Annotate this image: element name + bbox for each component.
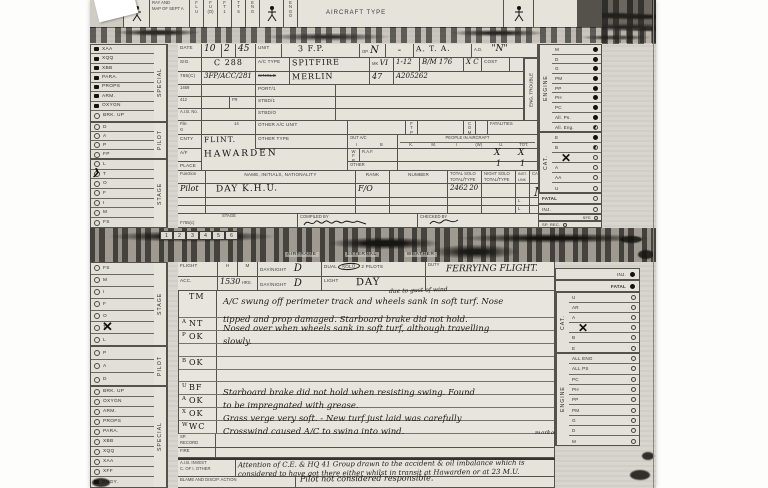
blank-cell	[448, 206, 482, 214]
row-marker-icon	[94, 210, 100, 216]
ref-1469-cell: 1469	[178, 85, 202, 97]
port-label: PORT/1	[258, 86, 276, 91]
row-compiled-checked: STAGE F765(c) COMPILED BY CHECKED BY	[178, 214, 548, 228]
cat-row-label: B	[572, 335, 575, 340]
cat-row-label: B	[555, 145, 558, 150]
engine-serial-value: A205262	[396, 72, 428, 80]
ata-value: A. T. A.	[416, 45, 451, 54]
letter-stack: F L U	[192, 1, 201, 14]
sfe-dot	[594, 216, 598, 220]
people-mark-tot: X	[518, 149, 524, 159]
special-row: OXYGN	[91, 397, 156, 407]
row-marker-icon	[94, 57, 99, 61]
row-marker-icon	[94, 220, 100, 226]
cnty-label: CNTY	[180, 136, 193, 141]
special-row-label: OXYGN	[102, 103, 121, 108]
narrative-code-cell: P OK	[179, 331, 217, 343]
engine-row: PC	[552, 103, 601, 113]
other-type-cell: OTHER TYPE	[256, 135, 348, 149]
stage-row-label: T	[103, 325, 106, 330]
pilot-group-label: PILOT	[154, 347, 167, 385]
stage-row: M	[91, 208, 156, 218]
sp-record-label: SP. RECORD	[180, 434, 198, 445]
row-crew-header: Function NAME, INITIALS, NATIONALITY RAN…	[178, 171, 548, 184]
blank-cell	[482, 206, 516, 214]
fatal-label: FATAL	[542, 196, 557, 201]
engine-row-label: ALL ENG	[572, 356, 593, 361]
mod-cell: 1-12	[394, 58, 420, 72]
row-marker-icon	[94, 200, 100, 206]
acc-label-cell: ACC.	[178, 277, 218, 291]
row-marker-icon	[94, 85, 99, 89]
scanned-accident-report-page: RAY ANDMAP OF SEPT A F L U F U (O) F T 1…	[0, 0, 768, 488]
header-letter-col: E N G	[246, 0, 260, 28]
pilot-row: FP	[91, 150, 156, 159]
row-marker-icon	[94, 289, 100, 295]
engine-row-label: PM	[572, 408, 579, 413]
narrative-code-cell: A NT	[179, 318, 217, 330]
stage-row: FS	[91, 218, 156, 228]
sig-label: Sig.	[180, 59, 190, 64]
engine-no-cell: B/M 176	[420, 58, 464, 72]
sub-total-header: TOTAL	[450, 177, 463, 182]
special-row: PROPS	[91, 83, 156, 92]
narrative-code: OK	[189, 409, 204, 418]
cat-row-dot	[593, 135, 598, 140]
file-num: 14	[234, 121, 239, 126]
midband-label: WEATHER	[405, 252, 437, 257]
engine-row: All. Ps.	[552, 113, 601, 123]
cnty-value: FLINT.	[204, 136, 236, 145]
engine-row-label: PH	[555, 95, 562, 100]
row-marker-icon	[94, 325, 100, 331]
stage-row: T	[91, 170, 156, 180]
cost-label: COST	[484, 59, 498, 64]
cat-row: B	[552, 143, 601, 153]
sp-rec-row: SP. REC.	[538, 221, 602, 228]
narrative-row: B OK	[179, 357, 554, 370]
aircraft-type-label: AIRCRAFT TYPE	[326, 10, 386, 17]
blank-cell	[216, 448, 555, 458]
narrative-code-prefix: B	[182, 358, 186, 364]
narrative-row: A OK to be impregnated with grease.	[179, 395, 554, 408]
aib-no-label: A.I.B. No.	[180, 109, 198, 114]
stbd1-label: STBD/1	[258, 98, 275, 103]
stage-row-label: M	[103, 278, 107, 283]
other-cell: OTHER	[348, 162, 398, 171]
narrative-code: OK	[189, 358, 204, 367]
people-col-label: TOT.	[513, 142, 536, 148]
row-marker-icon	[94, 190, 100, 196]
cat-row: AA	[552, 173, 601, 183]
narrative-code-cell: U BF	[179, 382, 217, 394]
engine-row-label: PH	[572, 387, 579, 392]
cat-row-dot	[631, 315, 636, 320]
row-stbd0: A.I.B. No. STBD/O	[178, 109, 524, 121]
rank-header-cell: RANK	[356, 171, 390, 184]
letter-stack: F T 1	[220, 1, 229, 14]
acc-daynight-cell: DAY/NIGHT D	[258, 277, 322, 291]
special-row-label: XQQ	[103, 449, 115, 454]
special-row-label: XFF	[103, 469, 113, 474]
sig-value-cell: C 288	[202, 58, 256, 72]
special-row-label: ARM.	[103, 409, 116, 414]
stbd1-cell: STBD/1	[256, 97, 336, 109]
actype-label: A/c TYPE	[258, 59, 280, 64]
out-ac-col-b: B	[380, 143, 383, 148]
engine-mk-cell: 47	[370, 72, 394, 85]
checked-by-cell: CHECKED BY	[418, 214, 548, 228]
cat-row-dot	[593, 186, 598, 191]
mark-cell: MK VI	[370, 58, 394, 72]
blank-cell	[390, 206, 448, 214]
row-marker-icon	[94, 409, 100, 415]
special-row: XFF	[91, 467, 156, 477]
number-header-cell: NUMBER	[390, 171, 448, 184]
place-value-cell	[202, 162, 348, 171]
fatal-dot-bottom	[630, 284, 635, 289]
row-marker-icon	[94, 47, 99, 51]
edge-smudge-top-right	[602, 0, 656, 44]
special-row: XBB	[91, 437, 156, 447]
engine-group-label-bottom: ENGINE	[556, 354, 569, 445]
flight-label: FLIGHT	[180, 263, 198, 268]
date-day-cell: 10	[202, 44, 222, 58]
special-row-label: XBB	[103, 439, 114, 444]
letter-stack: F T P	[408, 122, 415, 135]
special-row-label: XQQ	[102, 56, 114, 61]
date-day-value: 10	[204, 44, 215, 54]
narrative-row: A NT Nosed over when wheels sank in soft…	[179, 318, 554, 331]
row-marker-icon	[94, 313, 100, 319]
special-row-label: PROPS	[103, 419, 121, 424]
inj-label: INJ.	[542, 207, 551, 212]
left-special-group-bottom: BRK. UP OXYGN ARM. PROPS	[90, 386, 168, 488]
special-row-label: BRK. UP	[103, 389, 124, 394]
engine-row-dot	[631, 418, 636, 423]
row-accident-time: ACC. 1530 HRS. DAY/NIGHT D LIGHT DAY	[178, 277, 555, 291]
stage-row: L	[91, 160, 156, 170]
row-marker-icon	[94, 171, 100, 177]
pilot-row: A	[91, 132, 156, 141]
engine-row: All. Eng.	[552, 123, 601, 133]
other-label: OTHER	[350, 162, 365, 167]
cat-row-label: A	[555, 165, 558, 170]
header-stub-cell: RAY ANDMAP OF SEPT A	[150, 0, 190, 28]
engine-row-label: D	[572, 428, 576, 433]
g-label: G	[180, 127, 183, 132]
stage-row: I	[91, 287, 156, 299]
name-value-cell: DAY K.H.U.	[206, 184, 356, 198]
people-col-label: (W)	[468, 142, 491, 148]
header-letter-col: E N G O	[284, 0, 298, 28]
narrative-code-cell: W WC	[179, 421, 217, 433]
people-col-label: K.	[400, 142, 423, 148]
stage-row: FS	[91, 263, 156, 275]
engine-row: D	[569, 426, 639, 436]
cat-row: AR	[569, 303, 639, 313]
stage-row: T	[91, 322, 156, 334]
top-header-band: RAY ANDMAP OF SEPT A F L U F U (O) F T 1…	[90, 0, 656, 28]
cat-row	[552, 153, 601, 163]
blank-cell	[482, 198, 516, 206]
narrative-code-cell	[179, 370, 217, 382]
checked-signature	[428, 216, 462, 228]
file-label: File	[180, 121, 187, 126]
right-engine-group: ENGINE M D G	[538, 44, 602, 132]
fatal-row-bottom: FATAL	[555, 280, 640, 292]
date-year-cell: 45	[236, 44, 256, 58]
rank-value-cell: F/O	[356, 184, 390, 198]
figure-icon	[260, 0, 284, 28]
light-value: DAY	[356, 277, 381, 288]
sig-label-cell: Sig.	[178, 58, 202, 72]
form-765-scan: RAY ANDMAP OF SEPT A F L U F U (O) F T 1…	[90, 0, 656, 488]
row-marker-icon	[94, 301, 100, 307]
cat-row: A	[552, 163, 601, 173]
special-row: PROPS	[91, 417, 156, 427]
sig-value: C 288	[214, 59, 243, 68]
l-mark: L	[518, 206, 520, 211]
engine-no-value: B/M 176	[422, 58, 452, 66]
unit-value-cell: 3 F.P.	[282, 44, 360, 58]
engine-row-dot	[593, 125, 598, 130]
stage-row-label: T	[103, 172, 106, 177]
ad-label: A.D.	[474, 47, 482, 52]
row-marker-icon	[94, 459, 100, 465]
date-month-value: 2	[224, 44, 230, 54]
edge-blob	[92, 478, 110, 487]
letter-stack: T T S	[234, 1, 243, 14]
narrative-row: TM A/C swung off perimeter track and whe…	[179, 291, 554, 318]
blank-cell	[356, 198, 390, 206]
row-sp-record: SP. RECORD	[178, 434, 555, 448]
actype-label-cell: A/c TYPE	[256, 58, 290, 72]
row-marker-icon	[94, 265, 100, 271]
stage-row-label: L	[103, 338, 106, 343]
stage-row-label: I	[103, 290, 105, 295]
night-solo-header: NIGHT SOLO	[484, 171, 510, 176]
people-marks-row2: 1 1	[398, 162, 538, 171]
pilot-row-label: D	[103, 125, 107, 130]
op-cell: OP. N	[360, 44, 386, 58]
place-label: PLACE	[180, 163, 196, 168]
pilot-row-label: A	[103, 134, 107, 139]
cat-row: E	[552, 133, 601, 143]
row-marker-icon	[94, 363, 100, 369]
stage-row: O	[91, 311, 156, 323]
narrative-code-prefix: X	[182, 409, 186, 415]
row-other-unit: FileG 14 OTHER A/C UNIT F T P C O M FATA…	[178, 121, 538, 135]
special-row: BRK. UP	[91, 387, 156, 397]
row-marker-icon	[94, 419, 100, 425]
af-value: HAWARDEN	[204, 149, 278, 160]
sub-type-header: TYPE	[465, 177, 476, 182]
inj-row-bottom: INJ.	[555, 268, 640, 280]
row-marker-icon	[94, 337, 100, 343]
date-label-cell: Date	[178, 44, 202, 58]
engine-row-dot	[593, 86, 598, 91]
narrative-code-prefix: P	[182, 332, 186, 338]
hrs-label: HRS.	[242, 280, 252, 285]
date-year-value: 45	[238, 44, 249, 54]
inst-link-header-cell: INST. LINK	[516, 171, 530, 184]
row-765-engine: 765(c) 3FP/ACC/281 SINGLE MERLIN 47 A205…	[178, 72, 524, 85]
narrative-code-cell	[179, 344, 217, 356]
narrative-code-prefix: W	[182, 422, 188, 428]
stage-group-label: STAGE	[154, 263, 167, 345]
engine-row-dot	[593, 66, 598, 71]
engine-serial-cell: A205262	[394, 72, 524, 85]
ref-412-label: 412	[180, 97, 187, 102]
row-port: 1469 PORT/1	[178, 85, 524, 97]
solo-circled-label: SOLO	[338, 262, 360, 271]
two-pilots-label: 2 PILOTS	[361, 264, 383, 269]
fatal-row: FATAL	[538, 193, 602, 204]
row-marker-icon	[94, 66, 99, 70]
left-stage-group-bottom: FS M I F	[90, 262, 168, 346]
cat-row-label: U	[555, 186, 559, 191]
special-row: XAA	[91, 457, 156, 467]
narrative-code: WC	[189, 422, 205, 431]
engine-row-dot	[631, 439, 636, 444]
engine-row-label: All. Eng.	[555, 125, 574, 130]
engine-row: PP	[569, 395, 639, 405]
vert-letters-cell: F T P	[406, 121, 418, 135]
header-letter-col: F L U	[190, 0, 204, 28]
special-row: PARA.	[91, 427, 156, 437]
scale-number: 1	[160, 231, 173, 240]
blame-text: Pilot not considered responsible.	[300, 472, 433, 485]
stage-row-label: I	[103, 201, 105, 206]
cat-row: B	[569, 333, 639, 343]
duty-cell: DUTY FERRYING FLIGHT.	[426, 262, 555, 277]
narrative-code: TM	[189, 292, 205, 301]
flight-daynight-cell: DAY/NIGHT D	[258, 262, 322, 277]
people-col-label: I	[445, 142, 468, 148]
inj-label-bottom: INJ.	[617, 272, 626, 277]
rank-value: F/O	[358, 184, 373, 193]
engine-row-label: PP	[572, 397, 579, 402]
row-marker-icon	[94, 133, 100, 139]
letter-stack: C O M	[466, 122, 473, 135]
engine-row-dot	[631, 397, 636, 402]
right-cat-group: CAT. E B	[538, 132, 602, 193]
stbd0-cell: STBD/O	[256, 109, 336, 121]
n-quote-cell: A.D. "N"	[472, 44, 538, 58]
file-num-cell: 14	[202, 121, 256, 135]
flight-m-cell: M	[238, 262, 258, 277]
date-month-cell: 2	[222, 44, 236, 58]
cnty-label-cell: CNTY	[178, 135, 202, 149]
fire-label: FIRE	[180, 448, 190, 453]
engine-row-dot	[593, 115, 598, 120]
letter-stack: E N G O	[286, 1, 295, 19]
pilot-row: D	[91, 373, 156, 386]
aib-invest-label: A.I.B. INVEST	[180, 460, 207, 465]
ref-cell: 3FP/ACC/281	[202, 72, 256, 85]
narrative-row: X OK Grass verge very soft. - New turf j…	[179, 408, 554, 421]
l-mark-cell: L	[516, 198, 530, 206]
engine-row-dot	[631, 377, 636, 382]
blame-text-cell: Pilot not considered responsible.	[296, 477, 555, 488]
row-marker-icon	[94, 152, 100, 158]
engine-row-dot	[631, 356, 636, 361]
engine-row-label: M	[555, 47, 559, 52]
sub-total-header2: TOTAL	[484, 177, 497, 182]
inj-dot-bottom	[630, 272, 635, 277]
narrative-code-prefix: A	[182, 396, 186, 402]
total-solo-value-cell: 2462 20	[448, 184, 482, 198]
inst-value-cell	[516, 184, 530, 198]
engine-row-label: G	[572, 418, 576, 423]
cat-group-label: CAT.	[539, 133, 552, 192]
stage-row: L	[91, 334, 156, 346]
blank-cell	[206, 198, 356, 206]
cost-cell: COST	[482, 58, 510, 72]
function-header-cell: Function	[178, 171, 206, 184]
unit-label-cell: UNIT	[256, 44, 282, 58]
fatalities-label: FATALITIES	[490, 121, 513, 126]
row-marker-icon	[94, 277, 100, 283]
out-ac-label: OUT A/C	[350, 135, 367, 140]
people-columns: K.M.I(W)U.TOT.	[400, 142, 535, 148]
af-label-cell: A/F	[178, 149, 202, 162]
right-cat-group-bottom: CAT. U AR A	[555, 292, 640, 353]
op-value: N	[370, 45, 379, 56]
blank-cell	[390, 198, 448, 206]
row-place: PLACE OTHER 1 1	[178, 162, 538, 171]
special-row: PARA.	[91, 73, 156, 82]
edge-blob	[638, 250, 654, 259]
row-marker-icon	[94, 449, 100, 455]
scale-number: 5	[212, 231, 225, 240]
cat-row-dot	[593, 175, 598, 180]
cat-group-label-bottom: CAT.	[556, 293, 569, 352]
inj-dot	[593, 207, 598, 212]
blank-cell	[348, 121, 406, 135]
cat-row-label: AA	[555, 175, 562, 180]
blank-cell	[178, 206, 206, 214]
date-label: Date	[180, 45, 193, 50]
narrative-row	[179, 344, 554, 357]
dash-cell: -	[386, 44, 414, 58]
cat-row-dot	[593, 155, 598, 160]
ata-cell: A. T. A.	[414, 44, 472, 58]
midband-label: AIRFRAME	[285, 252, 319, 257]
special-row: BRK. UP	[91, 111, 156, 120]
narrative-code-cell: X OK	[179, 408, 217, 420]
blank-cell	[448, 198, 482, 206]
row-flight: FLIGHT H M DAY/NIGHT D DUAL SOLO 2 PILOT…	[178, 262, 555, 277]
fr-label: FR	[232, 97, 238, 102]
sfe-label: SFE	[583, 215, 591, 220]
row-sig-actype: Sig. C 288 A/c TYPE SPITFIRE MK VI 1-12 …	[178, 58, 524, 72]
dual-solo-cell: DUAL SOLO 2 PILOTS	[322, 262, 426, 277]
special-row: ARM.	[91, 92, 156, 101]
aircraft-type-cell: AIRCRAFT TYPE	[298, 0, 504, 28]
special-row: XBB	[91, 64, 156, 73]
fatalities-cell: FATALITIES	[488, 121, 538, 135]
header-letter-col: T T S	[232, 0, 246, 28]
engine-row-label: All. Ps.	[555, 115, 571, 120]
stage-row-label: F	[103, 191, 106, 196]
engine-row: ALL ENG	[569, 354, 639, 364]
af-value-cell: HAWARDEN	[202, 149, 348, 162]
scale-number: 6	[225, 231, 238, 240]
row-marker-icon	[94, 350, 100, 356]
special-row: ARM.	[91, 407, 156, 417]
